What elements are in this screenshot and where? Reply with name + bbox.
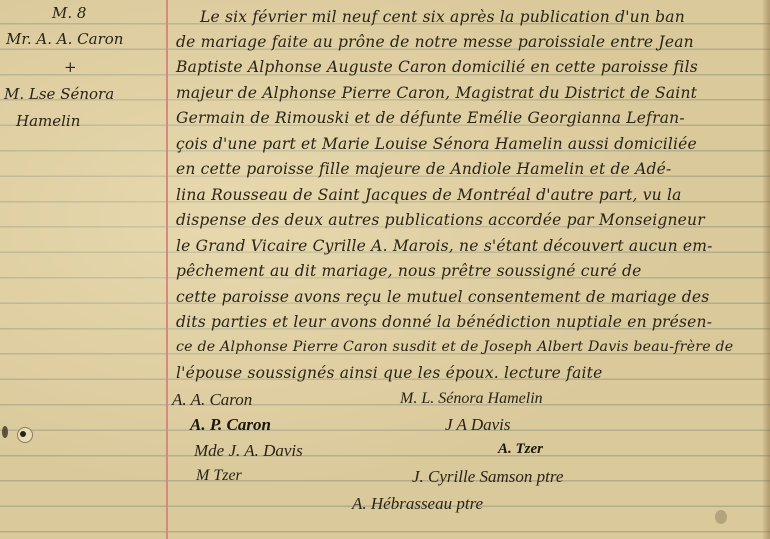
signature: A. A. Caron [172, 390, 252, 410]
body-line: çois d'une part et Marie Louise Sénora H… [176, 135, 697, 153]
body-line: ce de Alphonse Pierre Caron susdit et de… [176, 339, 733, 355]
signature: A. Hébrasseau ptre [352, 494, 483, 514]
margin-rule [166, 0, 168, 539]
body-line: de mariage faite au prône de notre messe… [176, 33, 694, 51]
body-line: l'épouse soussignés ainsi que les époux.… [176, 364, 603, 382]
signature: M Tzer [196, 467, 242, 485]
body-line: lina Rousseau de Saint Jacques de Montré… [176, 186, 682, 204]
body-line: Germain de Rimouski et de défunte Emélie… [176, 109, 685, 127]
body-line: majeur de Alphonse Pierre Caron, Magistr… [176, 84, 697, 102]
connector-mark: + [64, 58, 77, 76]
groom-name: Mr. A. A. Caron [6, 30, 123, 48]
body-line: le Grand Vicaire Cyrille A. Marois, ne s… [176, 237, 713, 255]
entry-number: M. 8 [52, 4, 86, 22]
signature: J. Cyrille Samson ptre [412, 467, 563, 487]
body-line: Baptiste Alphonse Auguste Caron domicili… [176, 58, 698, 76]
signature: A. P. Caron [190, 415, 271, 435]
signature: J A Davis [445, 415, 510, 435]
body-line: dits parties et leur avons donné la béné… [176, 313, 712, 331]
body-line: pêchement au dit mariage, nous prêtre so… [176, 262, 641, 280]
signature: M. L. Sénora Hamelin [400, 390, 543, 408]
binding-hole-icon [17, 427, 33, 443]
binding-hole-icon [2, 426, 8, 438]
body-line: Le six février mil neuf cent six après l… [200, 8, 685, 26]
body-line: cette paroisse avons reçu le mutuel cons… [176, 288, 709, 306]
body-line: dispense des deux autres publications ac… [176, 211, 705, 229]
signature: A. Tzer [498, 441, 543, 458]
bride-name-line1: M. Lse Sénora [4, 85, 114, 103]
register-page: M. 8 Mr. A. A. Caron + M. Lse Sénora Ham… [0, 0, 770, 539]
signature: Mde J. A. Davis [194, 441, 303, 461]
paper-stain [715, 510, 727, 524]
bride-name-line2: Hamelin [16, 112, 80, 130]
body-line: en cette paroisse fille majeure de Andio… [176, 160, 671, 178]
